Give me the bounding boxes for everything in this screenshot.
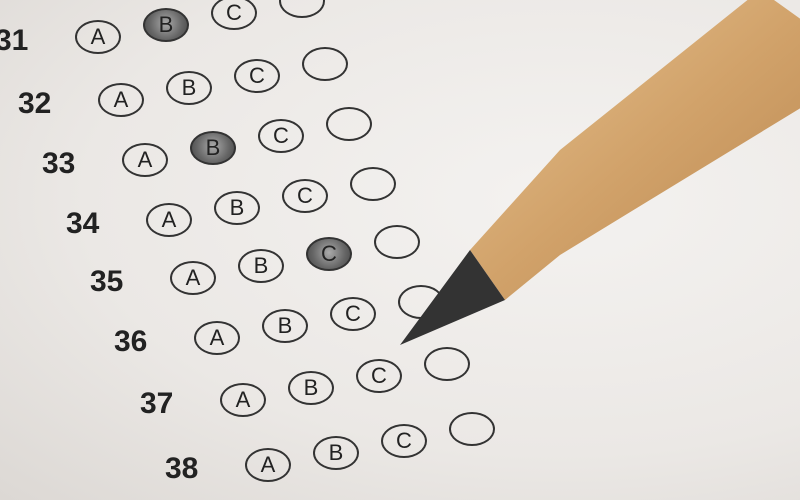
answer-bubble[interactable]: C — [258, 119, 304, 153]
answer-bubble[interactable]: A — [146, 203, 192, 237]
answer-bubble[interactable]: B — [190, 131, 236, 165]
answer-bubble[interactable]: A — [170, 261, 216, 295]
answer-bubble[interactable] — [302, 47, 348, 81]
answer-bubble[interactable]: B — [262, 309, 308, 343]
answer-bubble[interactable]: B — [143, 8, 189, 42]
answer-bubble[interactable] — [374, 225, 420, 259]
answer-bubble[interactable]: C — [282, 179, 328, 213]
question-number: 38 — [165, 452, 198, 486]
answer-bubble[interactable]: C — [356, 359, 402, 393]
answer-bubble[interactable] — [350, 167, 396, 201]
answer-bubble[interactable]: C — [306, 237, 352, 271]
question-number: 31 — [0, 24, 28, 58]
question-number: 35 — [90, 265, 123, 299]
answer-bubble[interactable]: A — [245, 448, 291, 482]
answer-bubble[interactable] — [326, 107, 372, 141]
answer-bubble[interactable] — [398, 285, 444, 319]
question-number: 34 — [66, 207, 99, 241]
question-number: 33 — [42, 147, 75, 181]
answer-bubble[interactable]: A — [122, 143, 168, 177]
answer-bubble[interactable] — [279, 0, 325, 18]
answer-bubble[interactable] — [424, 347, 470, 381]
answer-bubble[interactable]: A — [194, 321, 240, 355]
answer-bubble[interactable]: C — [234, 59, 280, 93]
answer-bubble[interactable]: A — [98, 83, 144, 117]
question-number: 37 — [140, 387, 173, 421]
answer-bubble[interactable]: A — [75, 20, 121, 54]
answer-bubble[interactable]: A — [220, 383, 266, 417]
answer-bubble[interactable]: C — [381, 424, 427, 458]
answer-bubble[interactable]: B — [214, 191, 260, 225]
answer-bubble[interactable]: C — [211, 0, 257, 30]
answer-bubble[interactable]: B — [313, 436, 359, 470]
answer-bubble[interactable]: C — [330, 297, 376, 331]
answer-bubble[interactable]: B — [238, 249, 284, 283]
question-number: 36 — [114, 325, 147, 359]
answer-bubble[interactable]: B — [288, 371, 334, 405]
question-number: 32 — [18, 87, 51, 121]
answer-bubble[interactable] — [449, 412, 495, 446]
answer-bubble[interactable]: B — [166, 71, 212, 105]
